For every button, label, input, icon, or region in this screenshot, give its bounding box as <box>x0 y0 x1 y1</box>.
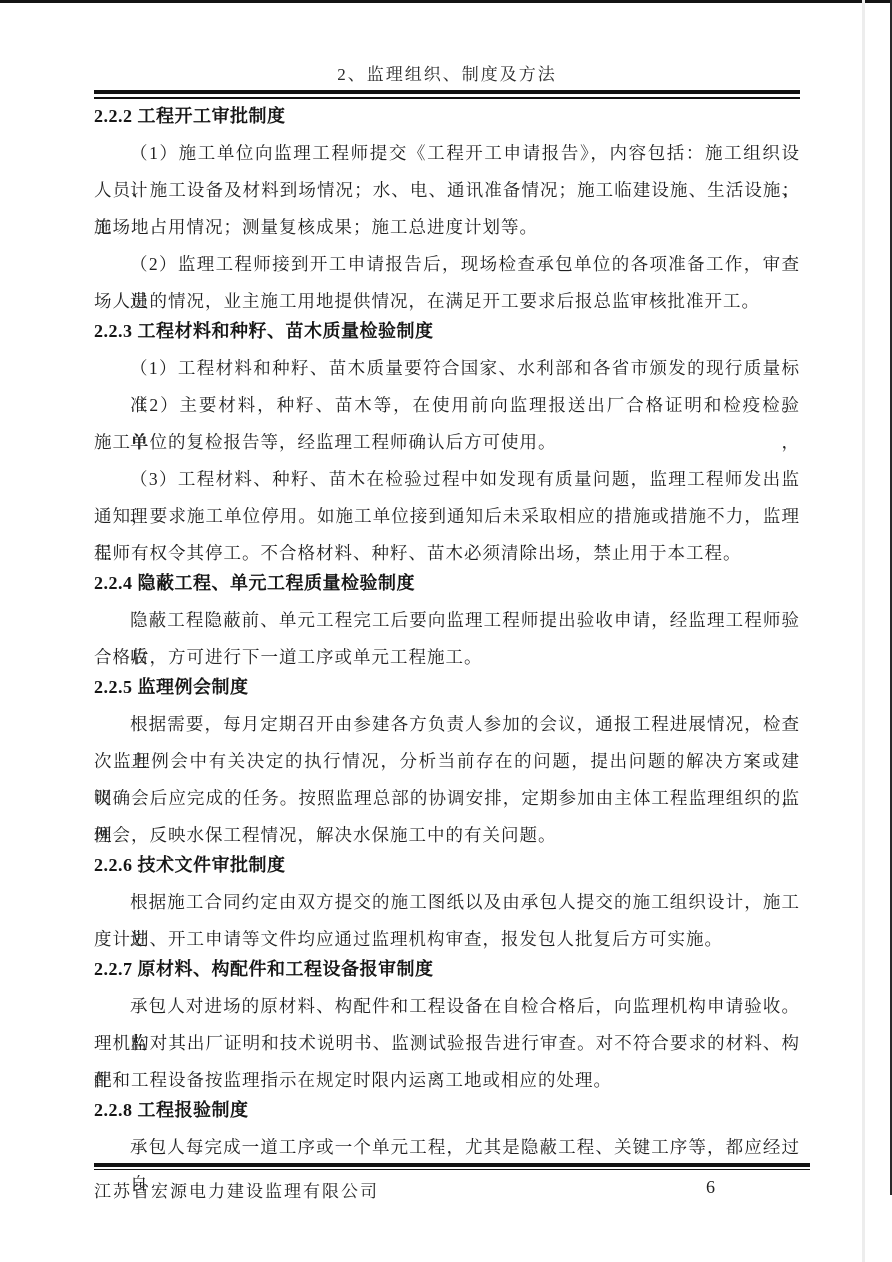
text-line: 隐蔽工程隐蔽前、单元工程完工后要向监理工程师提出验收申请，经监理工程师验收 <box>94 602 800 639</box>
document-body: 2.2.2 工程开工审批制度（1）施工单位向监理工程师提交《工程开工申请报告》，… <box>94 98 800 1166</box>
page-footer: 江苏省宏源电力建设监理有限公司 6 <box>94 1163 810 1202</box>
footer-company-name: 江苏省宏源电力建设监理有限公司 <box>94 1177 379 1202</box>
text-line: 工场地占用情况；测量复核成果；施工总进度计划等。 <box>94 209 800 246</box>
footer-page-number: 6 <box>706 1177 715 1202</box>
text-line: 承包人每完成一道工序或一个单元工程，尤其是隐蔽工程、关键工序等，都应经过自 <box>94 1129 800 1166</box>
text-line: 人员、施工设备及材料到场情况；水、电、通讯准备情况；施工临建设施、生活设施、施 <box>94 172 800 209</box>
text-line: 根据施工合同约定由双方提交的施工图纸以及由承包人提交的施工组织设计，施工进 <box>94 884 800 921</box>
section-heading: 2.2.2 工程开工审批制度 <box>94 98 800 135</box>
text-line: （3）工程材料、种籽、苗木在检验过程中如发现有质量问题，监理工程师发出监理 <box>94 461 800 498</box>
text-line: 承包人对进场的原材料、构配件和工程设备在自检合格后，向监理机构申请验收。监 <box>94 988 800 1025</box>
text-line: （1）施工单位向监理工程师提交《工程开工申请报告》，内容包括：施工组织设计； <box>94 135 800 172</box>
text-line: （1）工程材料和种籽、苗木质量要符合国家、水利部和各省市颁发的现行质量标准。 <box>94 350 800 387</box>
text-line: 次监理例会中有关决定的执行情况，分析当前存在的问题，提出问题的解决方案或建议， <box>94 743 800 780</box>
text-line: （2）监理工程师接到开工申请报告后，现场检查承包单位的各项准备工作，审查进 <box>94 246 800 283</box>
text-line: 根据需要，每月定期召开由参建各方负责人参加的会议，通报工程进展情况，检查上 <box>94 706 800 743</box>
scan-artifact-line <box>862 0 865 1262</box>
text-line: （2）主要材料，种籽、苗木等，在使用前向监理报送出厂合格证明和检疫检验单， <box>94 387 800 424</box>
text-line: 通知，要求施工单位停用。如施工单位接到通知后未采取相应的措施或措施不力，监理工 <box>94 498 800 535</box>
text-line: 理机构对其出厂证明和技术说明书、监测试验报告进行审查。对不符合要求的材料、构配 <box>94 1025 800 1062</box>
page-content: 2、监理组织、制度及方法 2.2.2 工程开工审批制度（1）施工单位向监理工程师… <box>94 0 800 1166</box>
page-header-title: 2、监理组织、制度及方法 <box>94 60 800 85</box>
document-page: 2、监理组织、制度及方法 2.2.2 工程开工审批制度（1）施工单位向监理工程师… <box>0 0 892 1262</box>
footer-row: 江苏省宏源电力建设监理有限公司 6 <box>94 1177 810 1202</box>
text-line: 明确会后应完成的任务。按照监理总部的协调安排，定期参加由主体工程监理组织的监理 <box>94 780 800 817</box>
footer-double-rule <box>94 1163 810 1170</box>
